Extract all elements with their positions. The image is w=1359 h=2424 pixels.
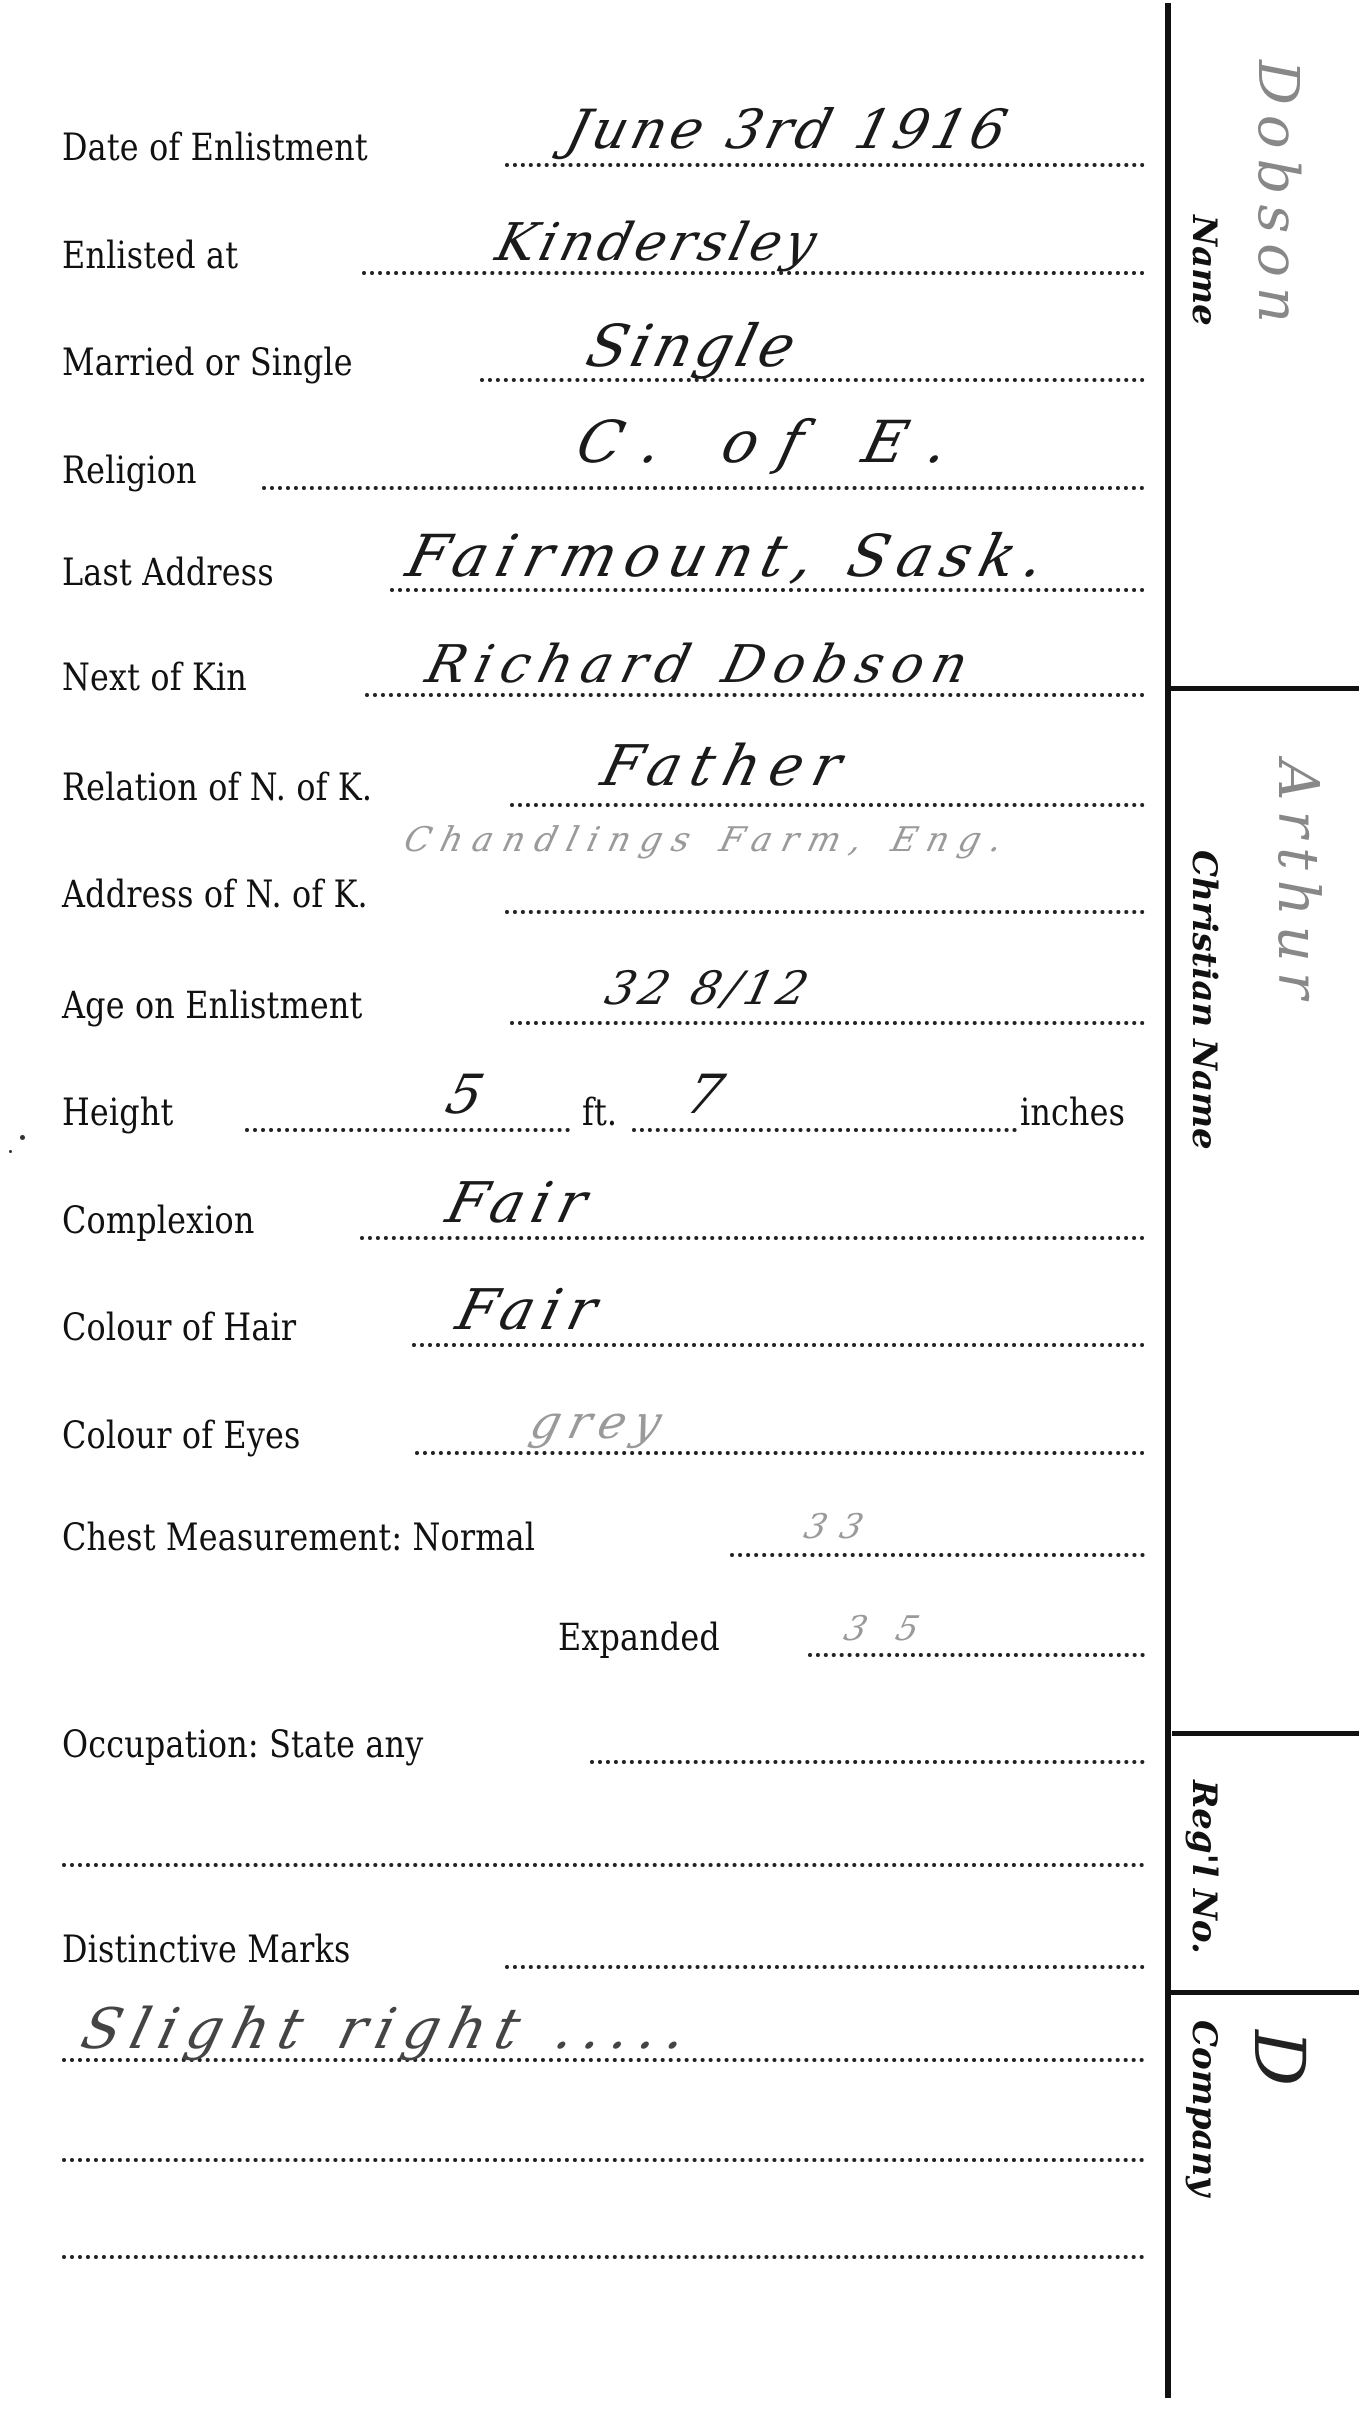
field-label: Distinctive Marks	[62, 1928, 350, 1971]
field-label: Occupation: State any	[62, 1723, 423, 1766]
field-date-of-enlistment: Date of Enlistment June 3rd 1916	[0, 115, 1160, 175]
field-line	[262, 486, 1145, 490]
field-line	[62, 2255, 1145, 2259]
field-value[interactable]: Fair	[450, 1278, 611, 1343]
section-divider-regl-no	[1168, 1990, 1359, 1995]
attestation-card: Date of Enlistment June 3rd 1916 Enliste…	[0, 0, 1359, 2424]
sidebar-label-christian-name: Christian Name	[1184, 850, 1224, 1150]
field-line	[590, 1760, 1145, 1764]
field-occupation: Occupation: State any	[0, 1712, 1160, 1772]
field-distinctive-marks-continuation: Slight right .....	[0, 2010, 1160, 2070]
height-feet-value[interactable]: 5	[440, 1063, 494, 1126]
field-next-of-kin: Next of Kin Richard Dobson	[0, 645, 1160, 705]
height-ft-label: ft.	[582, 1091, 617, 1134]
field-line	[505, 1965, 1145, 1969]
field-line	[808, 1653, 1145, 1657]
field-line	[62, 1863, 1145, 1867]
section-divider-name	[1170, 686, 1359, 691]
field-value[interactable]: Fair	[440, 1171, 601, 1236]
field-line	[62, 2158, 1145, 2162]
sidebar-label-company: Company	[1184, 2020, 1224, 2196]
field-height: Height 5 ft. 7 inches	[0, 1080, 1160, 1140]
field-enlisted-at: Enlisted at Kindersley	[0, 223, 1160, 283]
blank-line-2	[0, 2207, 1160, 2267]
field-line	[505, 163, 1145, 167]
field-label: Address of N. of K.	[62, 873, 368, 916]
field-label: Age on Enlistment	[62, 984, 362, 1027]
field-value[interactable]: 33	[800, 1507, 881, 1547]
field-label: Colour of Hair	[62, 1306, 296, 1349]
field-value[interactable]: Chandlings Farm, Eng.	[400, 820, 1016, 860]
height-inches-value[interactable]: 7	[680, 1063, 734, 1126]
sidebar-value-company[interactable]: D	[1238, 2030, 1320, 2086]
field-colour-of-hair: Colour of Hair Fair	[0, 1295, 1160, 1355]
field-value[interactable]: Father	[595, 734, 858, 799]
field-line	[360, 1236, 1145, 1240]
field-label: Last Address	[62, 551, 274, 594]
height-inches-label: inches	[1020, 1091, 1125, 1134]
field-last-address: Last Address Fairmount, Sask.	[0, 540, 1160, 600]
field-label: Married or Single	[62, 341, 353, 384]
field-chest-expanded: Expanded 35	[0, 1605, 1160, 1665]
field-label: Colour of Eyes	[62, 1414, 300, 1457]
field-value[interactable]: grey	[525, 1395, 675, 1449]
field-label: Chest Measurement: Normal	[62, 1516, 535, 1559]
field-age-on-enlistment: Age on Enlistment 32 8/12	[0, 973, 1160, 1033]
sidebar-value-name[interactable]: Dobson	[1245, 60, 1310, 333]
field-value[interactable]: June 3rd 1916	[560, 98, 1017, 161]
field-line	[510, 803, 1145, 807]
field-religion: Religion C. of E.	[0, 438, 1160, 498]
sidebar-label-regl-no: Reg'l No.	[1184, 1780, 1224, 1954]
blank-line-1	[0, 2110, 1160, 2170]
field-value[interactable]: Single	[580, 312, 807, 380]
field-relation-of-next-of-kin: Relation of N. of K. Father	[0, 755, 1160, 815]
field-chest-normal: Chest Measurement: Normal 33	[0, 1505, 1160, 1565]
field-line	[510, 1021, 1145, 1025]
field-label: Height	[62, 1091, 173, 1134]
field-value[interactable]: Fairmount, Sask.	[400, 522, 1061, 590]
field-label: Complexion	[62, 1199, 255, 1242]
sidebar-value-christian-name[interactable]: Arthur	[1265, 760, 1330, 1009]
field-label: Date of Enlistment	[62, 126, 368, 169]
field-label: Relation of N. of K.	[62, 766, 372, 809]
field-distinctive-marks: Distinctive Marks	[0, 1917, 1160, 1977]
height-inches-line	[632, 1128, 1017, 1132]
field-colour-of-eyes: Colour of Eyes grey	[0, 1403, 1160, 1463]
field-label: Next of Kin	[62, 656, 247, 699]
field-label: Expanded	[558, 1616, 720, 1659]
field-value[interactable]: C. of E.	[570, 408, 978, 476]
field-occupation-continuation	[0, 1815, 1160, 1875]
field-married-or-single: Married or Single Single	[0, 330, 1160, 390]
field-value[interactable]: Richard Dobson	[420, 635, 983, 695]
field-label: Religion	[62, 449, 197, 492]
field-value[interactable]: Slight right .....	[75, 1997, 704, 2062]
field-line	[505, 910, 1145, 914]
field-line	[412, 1343, 1145, 1347]
field-label: Enlisted at	[62, 234, 238, 277]
field-value[interactable]: Kindersley	[490, 213, 826, 273]
field-address-of-next-of-kin: Address of N. of K. Chandlings Farm, Eng…	[0, 862, 1160, 922]
field-line	[730, 1553, 1145, 1557]
stray-mark	[9, 1150, 12, 1153]
column-divider	[1165, 3, 1171, 2398]
sidebar-label-name: Name	[1184, 215, 1224, 326]
field-complexion: Complexion Fair	[0, 1188, 1160, 1248]
field-value[interactable]: 35	[840, 1609, 953, 1649]
stray-mark	[20, 1135, 25, 1140]
field-line	[415, 1451, 1145, 1455]
section-divider-christian-name	[1172, 1731, 1359, 1736]
field-value[interactable]: 32 8/12	[600, 961, 818, 1015]
height-feet-line	[245, 1128, 570, 1132]
